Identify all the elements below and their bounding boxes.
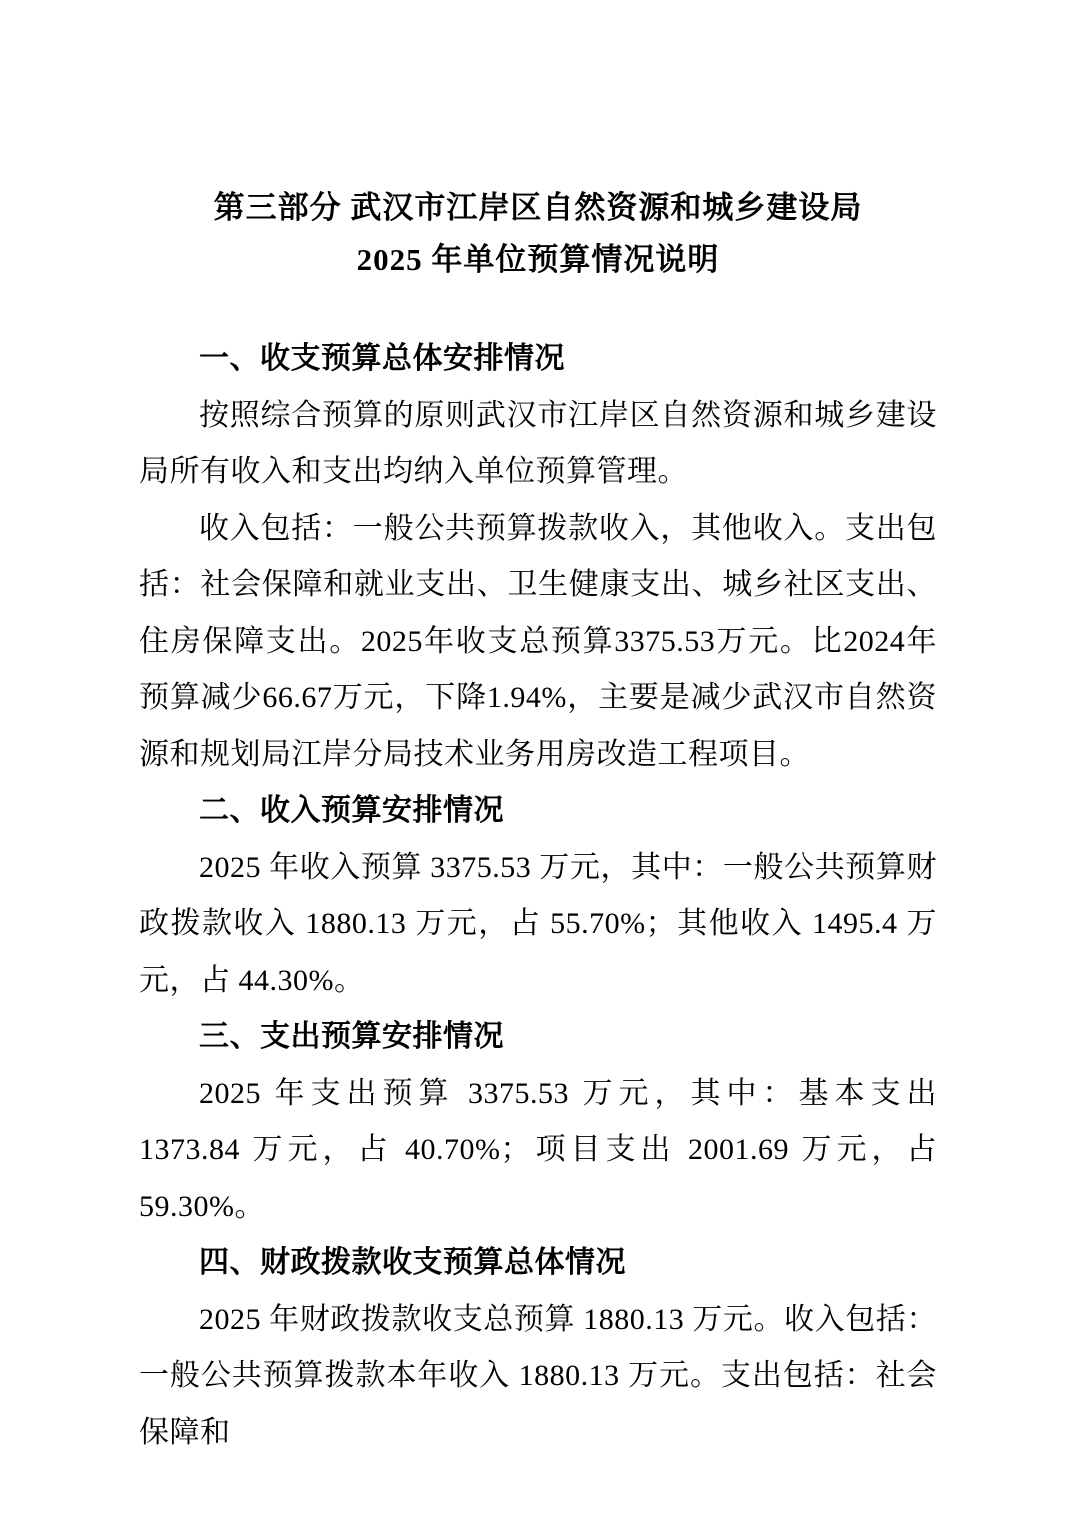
document-content: 第三部分 武汉市江岸区自然资源和城乡建设局 2025 年单位预算情况说明 一、收… [0,0,1074,1461]
section-3-heading: 三、支出预算安排情况 [139,1009,937,1066]
title-line-2: 2025 年单位预算情况说明 [139,234,937,286]
section-4-heading: 四、财政拨款收支预算总体情况 [139,1235,937,1292]
document-page: 第三部分 武汉市江岸区自然资源和城乡建设局 2025 年单位预算情况说明 一、收… [0,0,1074,1520]
section-2-paragraph-1: 2025 年收入预算 3375.53 万元，其中：一般公共预算财政拨款收入 18… [139,840,937,1010]
section-4-paragraph-1: 2025 年财政拨款收支总预算 1880.13 万元。收入包括：一般公共预算拨款… [139,1292,937,1462]
section-1-paragraph-1: 按照综合预算的原则武汉市江岸区自然资源和城乡建设局所有收入和支出均纳入单位预算管… [139,388,937,501]
document-body: 一、收支预算总体安排情况 按照综合预算的原则武汉市江岸区自然资源和城乡建设局所有… [139,331,937,1461]
section-1-heading: 一、收支预算总体安排情况 [139,331,937,388]
document-title: 第三部分 武汉市江岸区自然资源和城乡建设局 2025 年单位预算情况说明 [139,182,937,286]
title-line-1: 第三部分 武汉市江岸区自然资源和城乡建设局 [139,182,937,234]
section-1-paragraph-2: 收入包括：一般公共预算拨款收入，其他收入。支出包括：社会保障和就业支出、卫生健康… [139,501,937,784]
section-3-paragraph-1: 2025 年支出预算 3375.53 万元，其中：基本支出 1373.84 万元… [139,1066,937,1236]
section-2-heading: 二、收入预算安排情况 [139,783,937,840]
